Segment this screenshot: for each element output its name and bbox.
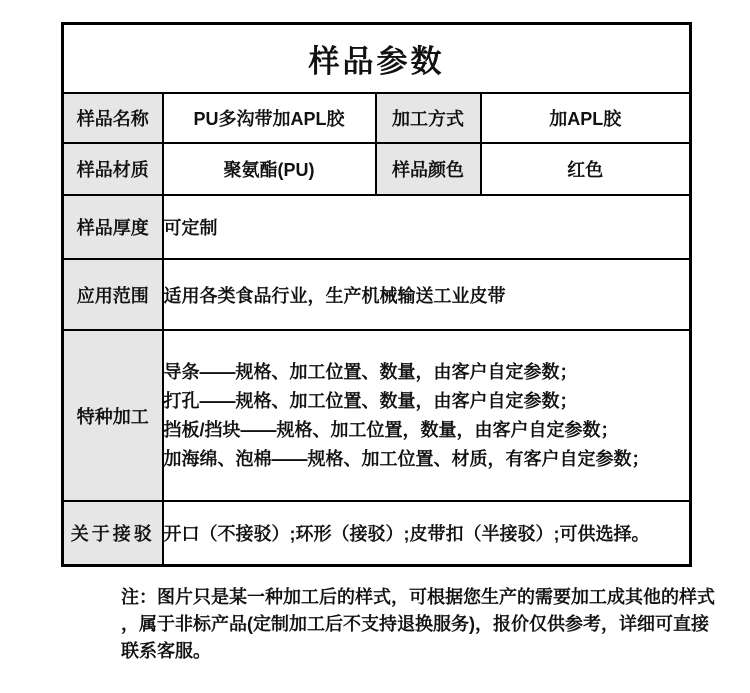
table-row-thickness: 样品厚度 可定制 <box>63 195 691 259</box>
note-line: 注：图片只是某一种加工后的样式，可根据您生产的需要加工成其他的样式 <box>121 584 750 611</box>
label-about-splicing: 关于接驳 <box>63 501 163 566</box>
special-processing-line: 挡板/挡块——规格、加工位置，数量，由客户自定参数； <box>164 416 690 445</box>
value-sample-thickness: 可定制 <box>163 195 691 259</box>
page-title: 样品参数 <box>63 24 691 94</box>
table-row-sample-name: 样品名称 PU多沟带加APL胶 加工方式 加APL胶 <box>63 93 691 143</box>
product-spec-sheet: 样品参数 样品名称 PU多沟带加APL胶 加工方式 加APL胶 样品材质 聚氨酯… <box>0 0 750 665</box>
value-special-processing: 导条——规格、加工位置、数量，由客户自定参数； 打孔——规格、加工位置、数量，由… <box>163 330 691 501</box>
value-application-range: 适用各类食品行业，生产机械输送工业皮带 <box>163 259 691 330</box>
note-text: 注：图片只是某一种加工后的样式，可根据您生产的需要加工成其他的样式 ，属于非标产… <box>121 584 750 665</box>
label-sample-thickness: 样品厚度 <box>63 195 163 259</box>
note-line: 联系客服。 <box>121 638 750 665</box>
value-sample-name: PU多沟带加APL胶 <box>163 93 376 143</box>
table-row-application: 应用范围 适用各类食品行业，生产机械输送工业皮带 <box>63 259 691 330</box>
spec-table: 样品参数 样品名称 PU多沟带加APL胶 加工方式 加APL胶 样品材质 聚氨酯… <box>61 22 692 567</box>
value-process-method: 加APL胶 <box>481 93 691 143</box>
label-sample-material: 样品材质 <box>63 143 163 195</box>
label-special-processing: 特种加工 <box>63 330 163 501</box>
title-row: 样品参数 <box>63 24 691 94</box>
note-line: ，属于非标产品(定制加工后不支持退换服务)，报价仅供参考，详细可直接 <box>121 611 750 638</box>
value-sample-color: 红色 <box>481 143 691 195</box>
table-row-splicing: 关于接驳 开口（不接驳）;环形（接驳）;皮带扣（半接驳）;可供选择。 <box>63 501 691 566</box>
label-sample-name: 样品名称 <box>63 93 163 143</box>
special-processing-line: 打孔——规格、加工位置、数量，由客户自定参数； <box>164 387 690 416</box>
label-application-range: 应用范围 <box>63 259 163 330</box>
label-process-method: 加工方式 <box>376 93 481 143</box>
special-processing-line: 加海绵、泡棉——规格、加工位置、材质，有客户自定参数； <box>164 445 690 474</box>
table-row-material: 样品材质 聚氨酯(PU) 样品颜色 红色 <box>63 143 691 195</box>
value-sample-material: 聚氨酯(PU) <box>163 143 376 195</box>
table-row-special-processing: 特种加工 导条——规格、加工位置、数量，由客户自定参数； 打孔——规格、加工位置… <box>63 330 691 501</box>
special-processing-line: 导条——规格、加工位置、数量，由客户自定参数； <box>164 358 690 387</box>
label-sample-color: 样品颜色 <box>376 143 481 195</box>
value-about-splicing: 开口（不接驳）;环形（接驳）;皮带扣（半接驳）;可供选择。 <box>163 501 691 566</box>
